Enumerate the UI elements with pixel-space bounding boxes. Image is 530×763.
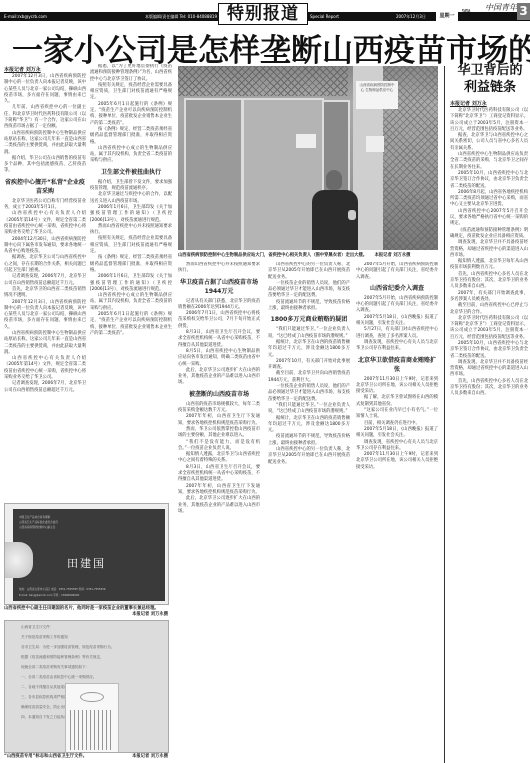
paragraph: 北京华卫医药公司自称专门经营疫苗业务，成立于2003年5月1日。 [4, 199, 86, 212]
paragraph: 然而，华卫公司依然掌控着山西疫苗市场的主要份额，其他企业难以进入。 [178, 427, 260, 440]
business-card: 中国卫生产品协会常务理事 山西省卫生产品标准化委员会委员 山西省疾病预防控制中心… [13, 509, 165, 601]
page-number: 3 [517, 3, 530, 20]
paragraph: 山西省的疫苗市场规模较大，每年二类疫苗采购金额达数千万元。 [178, 402, 260, 415]
article-byline: 本报记者 刘万永 [4, 66, 86, 74]
card-line: 中国卫生产品协会常务理事 [19, 515, 50, 519]
paragraph: 据知情人透露，北京华卫每年从山西疫苗市场获利数百万元。 [450, 259, 528, 272]
subheading: 北京华卫欲借疫苗商业贿赂扩张 [356, 356, 438, 374]
vaccine-package [65, 683, 119, 753]
article-column-3: 然而山西省疾控中心并未按照通知要求执行。 华卫疫苗占据了山西疫苗市场1944万元… [178, 262, 260, 762]
business-card-photo: 中国卫生产品协会常务理事 山西省卫生产品标准化委员会委员 山西省疾病预防控制中心… [4, 503, 169, 605]
paragraph: 此后，北京华卫公司逐步扩大在山西的业务，其他疫苗企业的产品难以进入山西市场。 [178, 496, 260, 515]
doc-line: 各市卫生局：为进一步加强疫苗管理，规范疫苗采购行为， [21, 645, 114, 650]
paragraph: 几年前，山西省疾控中心的一位副主任，和北京华卫时代医药科技有限公司（以下简称“华… [4, 105, 86, 130]
paragraph: 据介绍，卫生部曾下发文件，要求加强疫苗管理，规范疫苗流通秩序。 [90, 180, 172, 193]
paragraph: 记者调查发现，2006年7月，北京华卫公司在山西销售疫苗总额超过千万元。 [4, 381, 86, 394]
caption-text: 山西省疾病预防控制中心生物制品供应站大门，省疾控中心相关负责人（图中穿黑衣者）走… [178, 253, 367, 258]
sidebar-divider [444, 66, 445, 763]
paragraph: 一位疫苗企业的销售人员说，他们的产品必须通过华卫才能进入山西市场，每支疫苗要给华… [268, 281, 350, 300]
paragraph: “我们只能通过华卫。”一位企业负责人说，“这已经成了山西疫苗市场的潜规则。” [268, 327, 350, 340]
paragraph: 2005年10月，山西省疾控中心与北京华卫签订合作协议，由北京华卫负责全省二类疫… [450, 341, 528, 360]
paragraph: 山西省疾控中心成立的生物制品供应站，属于其内设机构，负责全省二类疫苗的采购与供应… [90, 146, 172, 165]
paragraph: 2007年12月3日，山西省疾病预防控制中心的一位负责人向本报记者反映，该中心某… [4, 74, 86, 105]
paragraph: 山西省疾控中心有关负责人介绍（2005年第14号）文件，规定全省第二类疫苗由省疾… [4, 211, 86, 236]
subheading: 1800多万元商业贿赂的疑团 [268, 315, 350, 324]
paragraph: 山西省疾控中心成立的生物制品供应站，属于其内设机构，负责全省二类疫苗的采购与供应… [90, 293, 172, 312]
paragraph: 据了解，北京华卫曾试图将在山西的模式复制到其他省份。 [356, 395, 438, 408]
paragraph: 2007年10月，有关部门开始对此事展开调查。 [268, 359, 350, 372]
sidebar-title: 华卫背后的 利益链条 [452, 62, 528, 96]
masthead-email: E-mail:rxb@ycrb.com [4, 12, 47, 21]
paragraph: 据查，北京华卫与山西省疾控中心之间关系密切，公司人员与省中心多名人员有亲属关系。 [450, 133, 528, 152]
sidebar-title-line2: 利益链条 [452, 79, 528, 96]
doc-photo-caption: “山西疫苗专用”标志和山西省卫生厅文件。 本报记者 刘万永摄 [4, 754, 168, 760]
paragraph: 首先，山西省疾控中心多名人员在北京华卫持有股份；其次，北京华卫的业务人员多数来自… [450, 272, 528, 291]
masthead-date: 2007年12月3日 [396, 12, 426, 21]
paragraph: 据统计，北京华卫在山西的疫苗销售额年均超过千万元，涉及金额达1800多万元。 [268, 340, 350, 359]
paragraph: 山西省疾控中心2007年5月召开会议，要求各地严格执行省中心统一采购的规定。 [450, 209, 528, 228]
paragraph: 据悉，以“为了更好地贯彻执行《疫苗流通和预防接种管理条例》”为名，山西省疾控中心… [90, 64, 172, 83]
facility-sign: 山西省疾病预防控制中心 生物制品供应中心 [356, 81, 398, 109]
paragraph: 山西省疾控中心生物制品供应站负责全省二类疫苗的采购，与北京华卫之间存在长期业务往… [450, 152, 528, 171]
card-photo-caption: 山西省疾控中心副主任田建国的名片，他同时是一家疫苗企业的董事长兼总经理。 本报记… [4, 606, 168, 618]
paragraph: “我们不是没有能力，而是没有机会。”一位疫苗企业负责人说。 [178, 440, 260, 453]
paragraph: 北京华卫时代医药科技有限公司（以下简称“北京华卫”）工商登记资料显示，该公司成立… [450, 108, 528, 133]
caption-text: 山西省疾控中心副主任田建国的名片，他同时是一家疫苗企业的董事长兼总经理。 [4, 606, 159, 611]
card-name: 田建国 [67, 555, 106, 571]
paragraph: 2007年11月30日上午9时，记者来到北京华卫公司所在地，该公司相关人员拒绝接… [356, 452, 438, 471]
paragraph: 《疫苗流通和预防接种管理条例》明确规定，疫苗批发企业应具备相应资质。 [450, 228, 528, 241]
paragraph: 山西省疾病预防控制中心生物制品供应站原站长称，这家公司几年来一直是山西省二类疫苗… [4, 331, 86, 356]
subheading: 山西省纪委介入调查 [356, 284, 438, 293]
doc-line: 根据《疫苗流通和预防接种管理条例》等有关规定， [21, 655, 104, 660]
paragraph: 按照有关规定，疫苗经营企业需要具备相应资质，卫生部门对疫苗流通有严格规定。 [90, 236, 172, 255]
paragraph: 据介绍，华卫公司在山西销售的疫苗有多个品种，其中包括流感疫苗、乙肝疫苗等。 [4, 156, 86, 175]
doc-line: 四、本通知自下发之日起执行。 [21, 715, 71, 720]
paragraph: 2007年，有关部门开始调查此事，多名涉案人员被查处。 [450, 291, 528, 304]
door-left [184, 98, 243, 250]
paragraph: 2006年8月起，山西省各地疾控机构所需二类疫苗均须通过省中心采购，而省中心又主… [450, 190, 528, 209]
subheading: 卫生部文件被扭曲执行 [90, 168, 172, 177]
paragraph: 调查发现，北京华卫并不具备疫苗经营资格，却通过省疾控中心的渠道进入山西市场。 [450, 360, 528, 379]
paragraph: 8月3日，山西省卫生厅召开会议，要求全省疾控机构统一从省中心采购疫苗，不得擅自从… [178, 465, 260, 484]
paragraph: 此后，北京华卫公司逐步扩大在山西的业务，其他疫苗企业的产品难以进入山西市场。 [178, 368, 260, 387]
photo-credit: 本报记者 刘万永摄 [375, 253, 411, 258]
paragraph: 山西省疾控中心的另一位负责人称，北京华卫从2005年开始即已在山西开展疫苗配送业… [268, 262, 350, 281]
paragraph: 按《条例》规定，经营二类疫苗须经省级药品监督管理部门批准，并取得相应资格。 [90, 255, 172, 274]
paragraph: “我们只能通过华卫。”一位企业负责人说，“这已经成了山西疫苗市场的潜规则。” [268, 403, 350, 416]
card-line: 地址：山西省太原市小店区 电话：0351-7555555 传真：0351-755… [19, 587, 106, 591]
photo-credit: 本报记者 刘万永摄 [132, 612, 168, 618]
paragraph: 据调查，北京华卫公司与山西省疾控中心之间，存在长期的合作关系，相关问题已引起卫生… [4, 255, 86, 274]
paragraph: 截至目前，山西省疾控中心已停止与北京华卫的合作。 [450, 303, 528, 316]
paragraph: 2007年年初，山西省卫生厅下发通知，要求各地疾控机构规范疫苗采购行为。 [178, 414, 260, 427]
paragraph: 2005年10月，山西省疾控中心与北京华卫签订合作协议，由北京华卫负责全省二类疫… [450, 171, 528, 190]
paragraph: 5月27日，有关部门对山西省疾控中心进行调查，查处了多名涉案人员。 [356, 327, 438, 340]
doc-line: 山西省卫生厅文件： [21, 625, 53, 630]
paragraph: 2006年1月6日，卫生部印发《关于加强疫苗管理工作的通知》（卫疾控[2006]… [90, 274, 172, 293]
paragraph: 一位疫苗企业的销售人员说，他们的产品必须通过华卫才能进入山西市场，每支疫苗要给华… [268, 384, 350, 403]
paragraph: 8月5日，山西省疾控中心生物制品供应站向各市发出通知，明确二类疫苗由省中心统一采… [178, 349, 260, 368]
paragraph: 2007年年初，山西省卫生厅下发通知，要求各地疾控机构规范疫苗采购行为。 [178, 484, 260, 497]
article-column-4: 山西省疾控中心的另一位负责人称，北京华卫从2005年开始即已在山西开展疫苗配送业… [268, 262, 350, 762]
paragraph: 据统计，北京华卫在山西的疫苗销售额年均超过千万元，涉及金额达1800多万元。 [268, 416, 350, 435]
masthead-weekday: 星期一 [436, 12, 458, 21]
card-line: 山西省疾病预防控制中心副主任 [19, 525, 55, 529]
paragraph: 记者从有关部门获悉，北京华卫的疫苗销售额在2006年达到1944万元。 [178, 299, 260, 312]
article-column-5: 2007年5月开始，山西省疾病预防控制中心的问题引起了有关部门关注，省纪委介入调… [356, 262, 438, 762]
main-photo-caption: 山西省疾病预防控制中心生物制品供应站大门，省疾控中心相关负责人（图中穿黑衣者）走… [178, 253, 440, 259]
paragraph: 疫苗流通环节的不规范，导致疫苗价格上涨，最终由接种者承担。 [268, 434, 350, 447]
paragraph: 调查发现，北京华卫并不具备疫苗经营资格，却通过省疾控中心的渠道进入山西市场。 [450, 240, 528, 259]
decorative-slashes-icon: \\\\\\ [462, 8, 470, 16]
paragraph: 首先，山西省疾控中心多名人员在北京华卫持有股份；其次，北京华卫的业务人员多数来自… [450, 379, 528, 398]
card-line: 山西省卫生产品标准化委员会委员 [19, 520, 58, 524]
paragraph: 然而山西省疾控中心并未按照通知要求执行。 [178, 262, 260, 275]
caption-text: “山西疫苗专用”标志和山西省卫生厅文件。 [4, 754, 87, 759]
person-figure [310, 170, 362, 250]
paragraph: 2007年5月开始，山西省疾病预防控制中心的问题引起了有关部门关注，省纪委介入调… [356, 262, 438, 281]
masthead-section-en: Special Report [310, 12, 339, 21]
paragraph: 北京华卫时代医药科技有限公司（以下简称“北京华卫”）工商登记资料显示，该公司成立… [450, 316, 528, 341]
paragraph: 北京华卫通过与疾控中心的合作，以配送名义进入山西疫苗市场。 [90, 192, 172, 205]
paragraph: 2007年12月3日，山西省疾病预防控制中心的一位负责人向本报记者反映，该中心某… [4, 300, 86, 331]
paragraph: 2007年5月开始，山西省疾病预防控制中心的问题引起了有关部门关注，省纪委介入调… [356, 296, 438, 315]
paragraph: 首先，北京华卫的山西省二类疫苗销售情况不透明。 [4, 287, 86, 300]
paragraph: 记者调查发现，2006年7月，北京华卫公司在山西销售疫苗总额超过千万元。 [4, 274, 86, 287]
wall-notice [366, 136, 384, 152]
paragraph: 据知情人透露，北京华卫与山西省疾控中心之间有着特殊的关系。 [178, 452, 260, 465]
paragraph: 2007年11月30日上午9时，记者来到北京华卫公司所在地，该公司相关人员拒绝接… [356, 377, 438, 396]
sidebar-title-line1: 华卫背后的 [452, 62, 528, 79]
paragraph: 截至目前，北京华卫共向山西销售疫苗1944万元，获利巨大。 [268, 371, 350, 384]
paragraph: 山西省疾控中心的另一位负责人称，北京华卫从2005年开始即已在山西开展疫苗配送业… [268, 447, 350, 466]
paragraph: 2005年6月1日起施行的《条例》规定，“疫苗生产企业可以向疾病预防控制机构、接… [90, 102, 172, 127]
article-column-2: 据悉，以“为了更好地贯彻执行《疫苗流通和预防接种管理条例》”为名，山西省疾控中心… [90, 64, 172, 500]
paragraph: 山西省疾控中心有关负责人介绍（2005年第14号）文件，规定全省第二类疫苗由省疾… [4, 356, 86, 381]
sidebar-article: 本报记者 刘万永 北京华卫时代医药科技有限公司（以下简称“北京华卫”）工商登记资… [450, 100, 528, 763]
paragraph: 2007年5月18日，《山西晚报》报道了相关问题，引发社会关注。 [356, 427, 438, 440]
subheading: 被垄断的山西疫苗市场 [178, 390, 260, 399]
paragraph: 2006年1月6日，卫生部印发《关于加强疫苗管理工作的通知》（卫疾控[2006]… [90, 205, 172, 224]
sidebar-byline: 本报记者 刘万永 [450, 100, 528, 108]
paragraph: 按照有关规定，疫苗经营企业需要具备相应资质，卫生部门对疫苗流通有严格规定。 [90, 83, 172, 102]
paragraph: “这家公司在业内早已小有名气。”一位知情人士说。 [356, 408, 438, 421]
doc-line: 现就全省二类疫苗采购有关事项通知如下： [21, 665, 89, 670]
paragraph: 调查发现，省疾控中心有关人员与北京华卫公司存在利益往来。 [356, 440, 438, 453]
section-title: 特别报道 [218, 3, 308, 25]
paragraph: 2005年6月1日起施行的《条例》规定，“疫苗生产企业可以向疾病预防控制机构、接… [90, 312, 172, 337]
paragraph: 按《条例》规定，经营二类疫苗须经省级药品监督管理部门批准，并取得相应资格。 [90, 127, 172, 146]
masthead-editor-phone: 本版编辑/责任编辑 Tel: 010-84088819 [145, 12, 217, 21]
door-notice [296, 134, 316, 148]
article-column-1: 本报记者 刘万永 2007年12月3日，山西省疾病预防控制中心的一位负责人向本报… [4, 66, 86, 500]
paragraph: 山西省疾病预防控制中心生物制品供应站原站长称，这家公司几年来一直是山西省二类疫苗… [4, 131, 86, 156]
paragraph: 2006年7月1日，山西省疾控中心将疫苗采购权交给华卫公司，7月下旬开始正式供货… [178, 311, 260, 330]
mesh-fence [178, 66, 348, 96]
photo-credit: 本报记者 刘万永摄 [132, 754, 168, 760]
paragraph: 2007年5月18日，《山西晚报》报道了相关问题，引发社会关注。 [356, 315, 438, 328]
paragraph: 2004年12月30日，山西省疾病预防控制中心向下属各市发布通知，要求各地统一从… [4, 237, 86, 256]
main-photo: 山西省疾病预防控制中心 生物制品供应中心 [178, 66, 438, 250]
paragraph: 调查发现，省疾控中心有关人员与北京华卫公司存在利益往来。 [356, 340, 438, 353]
paragraph: 疫苗流通环节的不规范，导致疫苗价格上涨，最终由接种者承担。 [268, 300, 350, 313]
thumb [5, 542, 33, 578]
doc-line: 一、全省二类疫苗由省疾控中心统一采购供应。 [21, 675, 96, 680]
subheading: 省疾控中心擅开“私营”企业疫苗采购 [4, 178, 86, 196]
card-line: E-mail: tianjg@sxcdc.com 手机：13900000000 [19, 593, 79, 597]
subheading: 华卫疫苗占据了山西疫苗市场1944万元 [178, 278, 260, 296]
doc-line: 关于规范疫苗采购工作的通知 [21, 635, 68, 640]
paragraph: 8月3日，山西省卫生厅召开会议，要求全省疾控机构统一从省中心采购疫苗，不得擅自从… [178, 330, 260, 349]
paragraph: 然而山西省疾控中心并未按照通知要求执行。 [90, 224, 172, 237]
document-photo: 山西省卫生厅文件： 关于规范疫苗采购工作的通知 各市卫生局：为进一步加强疫苗管理… [4, 620, 169, 753]
